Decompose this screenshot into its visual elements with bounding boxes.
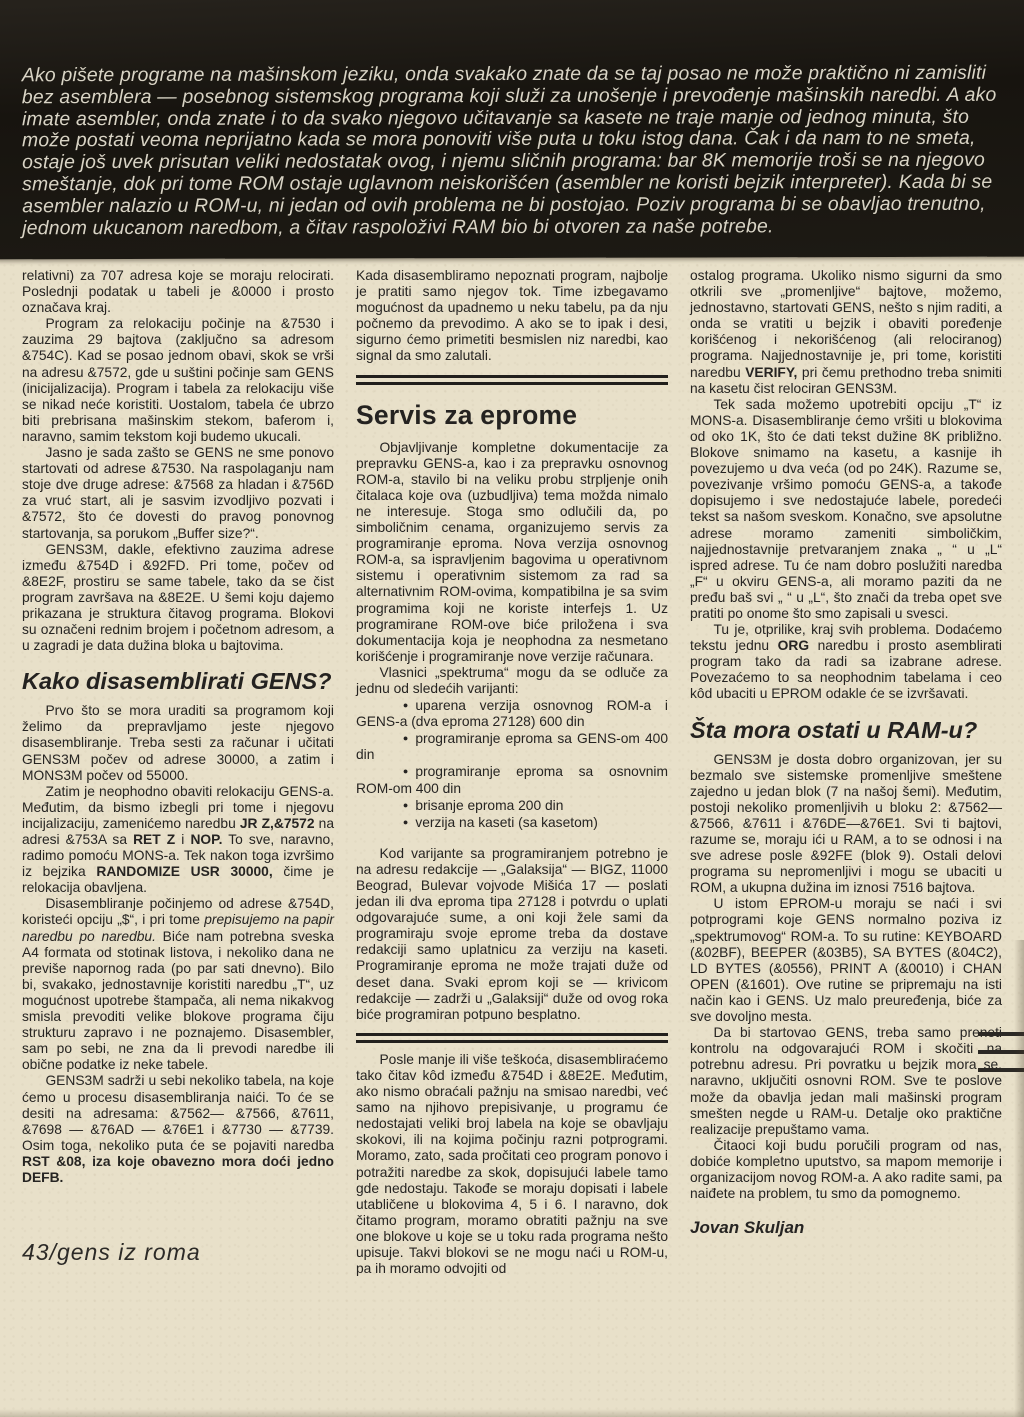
paragraph: U istom EPROM-u moraju se naći i svi pot… (690, 896, 1002, 1025)
paragraph: Zatim je neophodno obaviti relokaciju GE… (22, 784, 334, 897)
page-edge-shadow (1014, 940, 1024, 1417)
double-rule (356, 375, 668, 385)
paragraph: Program za relokaciju počinje na &7530 i… (22, 316, 334, 445)
paragraph: Kada disasembliramo nepoznati program, n… (356, 268, 668, 365)
paragraph: Vlasnici „spektruma“ mogu da se odluče z… (356, 665, 668, 697)
column-2: Kada disasembliramo nepoznati program, n… (356, 268, 668, 1277)
paragraph: Objavljivanje kompletne dokumentacije za… (356, 440, 668, 665)
paragraph: Prvo što se mora uraditi sa programom ko… (22, 703, 334, 783)
paragraph: ostalog programa. Ukoliko nismo sigurni … (690, 268, 1002, 397)
bullet-icon: ● (379, 797, 408, 813)
paragraph: GENS3M, dakle, efektivno zauzima adrese … (22, 542, 334, 655)
price-list-item: ●verzija na kaseti (sa kasetom) (356, 814, 668, 831)
page-bottom-shadow (0, 1409, 1024, 1417)
paragraph: Posle manje ili više teškoća, disasembli… (356, 1052, 668, 1277)
section-heading: Kako disasemblirati GENS? (22, 668, 334, 695)
magazine-page: Ako pišete programe na mašinskom jeziku,… (0, 0, 1024, 1417)
paragraph: Disasembliranje počinjemo od adrese &754… (22, 896, 334, 1073)
article-columns: relativni) za 707 adresa koje se moraju … (22, 268, 1002, 1277)
price-list-item: ●brisanje eproma 200 din (356, 797, 668, 814)
intro-paragraph: Ako pišete programe na mašinskom jeziku,… (22, 63, 1012, 240)
paragraph: GENS3M sadrži u sebi nekoliko tabela, na… (22, 1073, 334, 1186)
section-heading: Šta mora ostati u RAM-u? (690, 717, 1002, 744)
column-1: relativni) za 707 adresa koje se moraju … (22, 268, 334, 1277)
bullet-icon: ● (379, 814, 408, 830)
paragraph: GENS3M je dosta dobro organizovan, jer s… (690, 752, 1002, 897)
paragraph: Da bi startovao GENS, treba samo preneti… (690, 1025, 1002, 1138)
price-list-item: ●uparena verzija osnovnog ROM-a i GENS-a… (356, 697, 668, 730)
paragraph: relativni) za 707 adresa koje se moraju … (22, 268, 334, 316)
page-footer-caption: 43/gens iz roma (22, 1244, 334, 1260)
price-list-item: ●programiranje eproma sa osnovnim ROM-om… (356, 763, 668, 796)
column-3: ostalog programa. Ukoliko nismo sigurni … (690, 268, 1002, 1277)
double-rule (356, 1033, 668, 1043)
bullet-icon: ● (379, 730, 408, 746)
paragraph: Kod varijante sa programiranjem potrebno… (356, 846, 668, 1023)
section-heading: Servis za eprome (356, 400, 668, 431)
paragraph: Čitaoci koji budu poručili program od na… (690, 1138, 1002, 1202)
bullet-icon: ● (379, 763, 408, 779)
paragraph: Jasno je sada zašto se GENS ne sme ponov… (22, 445, 334, 542)
paragraph: Tek sada možemo upotrebiti opciju „T“ iz… (690, 397, 1002, 622)
bullet-icon: ● (379, 697, 408, 713)
author-byline: Jovan Skuljan (690, 1220, 1002, 1236)
intro-band: Ako pišete programe na mašinskom jeziku,… (0, 0, 1024, 259)
paragraph: Tu je, otprilike, kraj svih problema. Do… (690, 622, 1002, 702)
price-list-item: ●programiranje eproma sa GENS-om 400 din (356, 730, 668, 763)
